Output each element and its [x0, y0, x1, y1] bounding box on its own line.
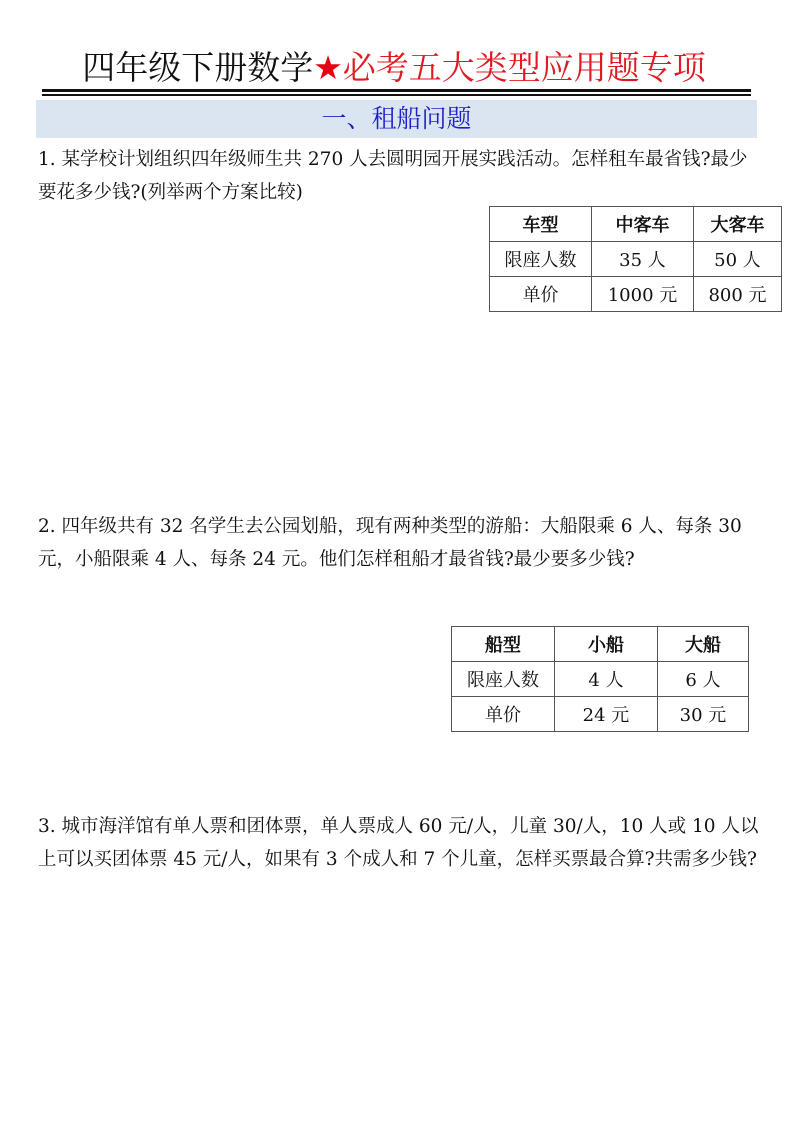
table-cell: 6 人	[658, 662, 749, 697]
table-cell: 4 人	[555, 662, 658, 697]
table-header-cell: 车型	[490, 207, 592, 242]
table-cell: 限座人数	[452, 662, 555, 697]
table-cell: 1000 元	[592, 277, 694, 312]
table-cell: 35 人	[592, 242, 694, 277]
section-title: 一、租船问题	[36, 100, 757, 138]
table-cell: 24 元	[555, 697, 658, 732]
vehicle-table: 车型 中客车 大客车 限座人数 35 人 50 人 单价 1000 元 800 …	[489, 206, 782, 312]
star-icon: ★	[313, 48, 343, 87]
title-black-part: 四年级下册数学	[82, 48, 313, 87]
table-header-row: 车型 中客车 大客车	[490, 207, 782, 242]
table-row: 限座人数 4 人 6 人	[452, 662, 749, 697]
table-row: 限座人数 35 人 50 人	[490, 242, 782, 277]
table-header-cell: 小船	[555, 627, 658, 662]
table-header-cell: 船型	[452, 627, 555, 662]
title-underline-thin	[42, 94, 751, 96]
table-header-cell: 大船	[658, 627, 749, 662]
table-cell: 单价	[490, 277, 592, 312]
title-red-part: 必考五大类型应用题专项	[343, 48, 706, 87]
table-row: 单价 1000 元 800 元	[490, 277, 782, 312]
table-row: 单价 24 元 30 元	[452, 697, 749, 732]
table-cell: 50 人	[694, 242, 782, 277]
boat-table: 船型 小船 大船 限座人数 4 人 6 人 单价 24 元 30 元	[451, 626, 749, 732]
table-cell: 限座人数	[490, 242, 592, 277]
title-underline-thick	[42, 89, 751, 92]
table-header-cell: 中客车	[592, 207, 694, 242]
table-header-row: 船型 小船 大船	[452, 627, 749, 662]
table-cell: 800 元	[694, 277, 782, 312]
table-cell: 30 元	[658, 697, 749, 732]
question-2: 2. 四年级共有 32 名学生去公园划船，现有两种类型的游船：大船限乘 6 人、…	[38, 510, 760, 576]
question-1: 1. 某学校计划组织四年级师生共 270 人去圆明园开展实践活动。怎样租车最省钱…	[38, 143, 760, 209]
question-3: 3. 城市海洋馆有单人票和团体票，单人票成人 60 元/人，儿童 30/人，10…	[38, 810, 760, 876]
section-header-bar: 一、租船问题	[36, 100, 757, 138]
table-cell: 单价	[452, 697, 555, 732]
page-title: 四年级下册数学★必考五大类型应用题专项	[36, 48, 752, 88]
table-header-cell: 大客车	[694, 207, 782, 242]
